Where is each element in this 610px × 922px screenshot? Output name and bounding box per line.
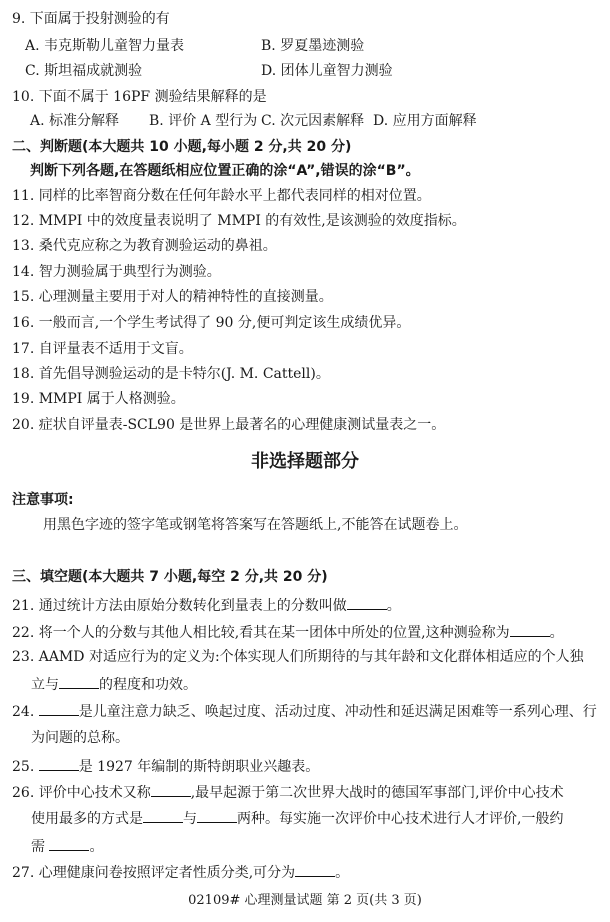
fill-item-24-line2: 为问题的总称。 bbox=[31, 729, 129, 747]
section-2-instruction: 判断下列各题,在答题纸相应位置正确的涂“A”,错误的涂“B”。 bbox=[30, 162, 420, 180]
question-10-stem: 10. 下面不属于 16PF 测验结果解释的是 bbox=[12, 88, 267, 106]
judgment-item-20: 20. 症状自评量表-SCL90 是世界上最著名的心理健康测试量表之一。 bbox=[12, 416, 445, 434]
judgment-item-14: 14. 智力测验属于典型行为测验。 bbox=[12, 263, 221, 281]
answer-blank bbox=[510, 622, 550, 637]
judgment-item-17: 17. 自评量表不适用于文盲。 bbox=[12, 340, 193, 358]
fill-item-24-line1: 24. 是儿童注意力缺乏、唤起过度、活动过度、冲动性和延迟满足困难等一系列心理、… bbox=[12, 701, 597, 721]
q10-option-b: B. 评价 A 型行为 bbox=[149, 112, 257, 130]
section-2-heading: 二、判断题(本大题共 10 小题,每小题 2 分,共 20 分) bbox=[12, 138, 351, 156]
q10-option-d: D. 应用方面解释 bbox=[373, 112, 477, 130]
q10-option-c: C. 次元因素解释 bbox=[261, 112, 364, 130]
q26-text-6: 需 bbox=[31, 839, 45, 855]
section-3-heading: 三、填空题(本大题共 7 小题,每空 2 分,共 20 分) bbox=[12, 568, 328, 586]
q10-option-a: A. 标准分解释 bbox=[30, 112, 119, 130]
q26-text-3: 使用最多的方式是 bbox=[31, 811, 143, 827]
answer-blank bbox=[39, 756, 79, 771]
fill-item-21: 21. 通过统计方法由原始分数转化到量表上的分数叫做。 bbox=[12, 595, 401, 615]
page-footer: 02109# 心理测量试题 第 2 页(共 3 页) bbox=[0, 892, 610, 910]
judgment-item-19: 19. MMPI 属于人格测验。 bbox=[12, 390, 185, 408]
q9-option-c: C. 斯坦福成就测验 bbox=[25, 62, 142, 80]
q27-text: 27. 心理健康问卷按照评定者性质分类,可分为 bbox=[12, 865, 295, 881]
part-title: 非选择题部分 bbox=[0, 451, 610, 473]
fill-item-26-line3: 需 。 bbox=[31, 836, 103, 856]
judgment-item-11: 11. 同样的比率智商分数在任何年龄水平上都代表同样的相对位置。 bbox=[12, 187, 431, 205]
q26-text-5: 两种。每实施一次评价中心技术进行人才评价,一般约 bbox=[237, 811, 563, 827]
q26-text-2: ,最早起源于第二次世界大战时的德国军事部门,评价中心技术 bbox=[191, 785, 564, 801]
fill-item-25: 25. 是 1927 年编制的斯特朗职业兴趣表。 bbox=[12, 756, 319, 776]
q23-end: 的程度和功效。 bbox=[99, 677, 197, 693]
answer-blank bbox=[49, 836, 89, 851]
fill-item-23-line1: 23. AAMD 对适应行为的定义为:个体实现人们所期待的与其年龄和文化群体相适… bbox=[12, 648, 584, 666]
q26-text-4: 与 bbox=[183, 811, 197, 827]
question-9-stem: 9. 下面属于投射测验的有 bbox=[12, 10, 170, 28]
q9-option-b: B. 罗夏墨迹测验 bbox=[261, 37, 364, 55]
fill-item-26-line1: 26. 评价中心技术又称,最早起源于第二次世界大战时的德国军事部门,评价中心技术 bbox=[12, 782, 564, 802]
judgment-item-13: 13. 桑代克应称之为教育测验运动的鼻祖。 bbox=[12, 237, 277, 255]
fill-item-23-line2: 立与的程度和功效。 bbox=[31, 674, 197, 694]
q9-option-d: D. 团体儿童智力测验 bbox=[261, 62, 393, 80]
notice-label: 注意事项: bbox=[12, 491, 74, 509]
fill-item-26-line2: 使用最多的方式是与两种。每实施一次评价中心技术进行人才评价,一般约 bbox=[31, 808, 563, 828]
fill-item-22: 22. 将一个人的分数与其他人相比较,看其在某一团体中所处的位置,这种测验称为。 bbox=[12, 622, 564, 642]
q27-end: 。 bbox=[335, 865, 349, 881]
answer-blank bbox=[197, 808, 237, 823]
q23-text: 立与 bbox=[31, 677, 59, 693]
q21-end: 。 bbox=[387, 598, 401, 614]
q21-text: 21. 通过统计方法由原始分数转化到量表上的分数叫做 bbox=[12, 598, 347, 614]
answer-blank bbox=[151, 782, 191, 797]
q24-text: 是儿童注意力缺乏、唤起过度、活动过度、冲动性和延迟满足困难等一系列心理、行 bbox=[79, 704, 597, 720]
judgment-item-12: 12. MMPI 中的效度量表说明了 MMPI 的有效性,是该测验的效度指标。 bbox=[12, 212, 466, 230]
q25-text: 是 1927 年编制的斯特朗职业兴趣表。 bbox=[79, 759, 320, 775]
q25-num: 25. bbox=[12, 759, 34, 775]
judgment-item-18: 18. 首先倡导测验运动的是卡特尔(J. M. Cattell)。 bbox=[12, 365, 330, 383]
notice-text: 用黑色字迹的签字笔或钢笔将答案写在答题纸上,不能答在试题卷上。 bbox=[43, 516, 467, 534]
q22-end: 。 bbox=[550, 625, 564, 641]
answer-blank bbox=[59, 674, 99, 689]
answer-blank bbox=[39, 701, 79, 716]
q26-text-7: 。 bbox=[89, 839, 103, 855]
q26-text-1: 26. 评价中心技术又称 bbox=[12, 785, 151, 801]
judgment-item-16: 16. 一般而言,一个学生考试得了 90 分,便可判定该生成绩优异。 bbox=[12, 314, 410, 332]
answer-blank bbox=[143, 808, 183, 823]
answer-blank bbox=[347, 595, 387, 610]
answer-blank bbox=[295, 862, 335, 877]
judgment-item-15: 15. 心理测量主要用于对人的精神特性的直接测量。 bbox=[12, 288, 333, 306]
q9-option-a: A. 韦克斯勒儿童智力量表 bbox=[25, 37, 184, 55]
q24-num: 24. bbox=[12, 704, 34, 720]
fill-item-27: 27. 心理健康问卷按照评定者性质分类,可分为。 bbox=[12, 862, 349, 882]
q22-text: 22. 将一个人的分数与其他人相比较,看其在某一团体中所处的位置,这种测验称为 bbox=[12, 625, 510, 641]
